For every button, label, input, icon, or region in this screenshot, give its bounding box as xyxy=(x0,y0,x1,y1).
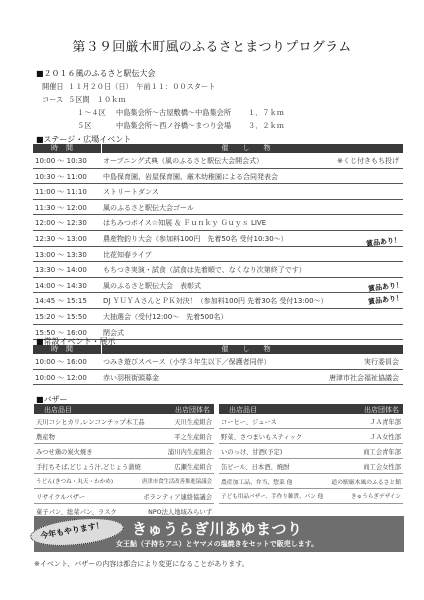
row-time: 12:30 ～ 13:00 xyxy=(35,234,87,244)
table-row: 子ども用品バザー、手作り雑貨、パン 他きゅうらぎデザイン xyxy=(219,489,403,504)
row-event: 赤い羽根街頭募金 xyxy=(103,373,159,383)
bazaar-item: みつせ鶏の炭火焼き xyxy=(36,447,93,456)
leg-route: 中島集会所～古屋敷橋～中島集会所 xyxy=(116,108,231,118)
table-row: 農産加工品、弁当、惣菜 他道の駅厳木風のふるさと館 xyxy=(219,474,403,489)
table-row: リサイクルバザーボランティア連絡協議会 xyxy=(34,489,214,504)
table-header: 出店品目 出店団体名 xyxy=(34,404,214,414)
col-time: 時間 xyxy=(33,345,99,354)
table-row: 10:30 ～ 11:00中島保育園、岩屋保育園、厳木幼稚園による合同発表会 xyxy=(33,169,403,185)
bazaar-item: 菓子パン、総菜パン、ラスク xyxy=(36,507,117,516)
row-note: ※くじ付きもち投げ xyxy=(337,156,399,166)
bazaar-item: リサイクルバザー xyxy=(36,492,85,501)
page-title: 第３９回厳木町風のふるさとまつりプログラム xyxy=(0,36,424,55)
table-row: 10:00 ～ 10:30オープニング式典（風のふるさと駅伝大会開会式）※くじ付… xyxy=(33,153,403,169)
row-time: 14:45 ～ 15:15 xyxy=(35,296,87,306)
bazaar-group: 広瀬生産組合 xyxy=(174,462,212,471)
program-page: 第３９回厳木町風のふるさとまつりプログラム ■２０１６風のふるさと駅伝大会 開催… xyxy=(0,0,424,600)
ekiden-course-label: コース xyxy=(42,95,63,105)
row-organizer: 唐津市社会福祉協議会 xyxy=(329,373,399,383)
row-time: 11:00 ～ 11:10 xyxy=(35,187,87,197)
bazaar-item: コーヒー、ジュース xyxy=(221,417,277,426)
table-row: 14:45 ～ 15:15DJ ＹＵＹＡさんとＰＫ対決！（参加料100円 先着3… xyxy=(33,293,403,309)
table-row: 野菜、さつまいもスティックＪＡ女性部 xyxy=(219,429,403,444)
table-row: 15:20 ～ 15:50大抽選会（受付12:00～ 先着500名） xyxy=(33,309,403,325)
row-time: 11:30 ～ 12:00 xyxy=(35,203,87,213)
table-row: いのっけ、甘酒(予定)商工会青年部 xyxy=(219,444,403,459)
banner-title: きゅうらぎ川あゆまつり xyxy=(132,518,303,539)
bazaar-group: ＪＡ女性部 xyxy=(370,432,401,441)
table-row: 農産物平之生産組合 xyxy=(34,429,214,444)
bazaar-table-left: 出店品目 出店団体名 天川コシヒカリ,レンコンチップ木工品天川生産組合 農産物平… xyxy=(34,404,214,519)
bazaar-item: 野菜、さつまいもスティック xyxy=(221,432,302,441)
table-row: 12:30 ～ 13:00農産物釣り大会（参加料100円 先着50名 受付10:… xyxy=(33,231,403,247)
header-divider xyxy=(101,345,102,354)
bazaar-item: 農産加工品、弁当、惣菜 他 xyxy=(221,477,292,486)
row-event: 比花知春ライブ xyxy=(103,250,152,260)
banner-subtitle: 女王鮎（子持ちアユ）とヤマメの塩焼きをセットで販売します。 xyxy=(116,539,318,549)
stage-table: 時間 催し物 10:00 ～ 10:30オープニング式典（風のふるさと駅伝大会開… xyxy=(33,144,403,340)
table-row: 11:00 ～ 11:10ストリートダンス xyxy=(33,184,403,200)
col-event: 催し物 xyxy=(103,144,403,153)
row-event: DJ ＹＵＹＡさんとＰＫ対決！（参加料100円 先着30名 受付13:00～） xyxy=(103,296,328,306)
table-row: コーヒー、ジュースＪＡ青年部 xyxy=(219,414,403,429)
row-event: 大抽選会（受付12:00～ 先着500名） xyxy=(103,312,228,322)
bazaar-item: うどん(きつね・丸天・わかめ) xyxy=(36,477,113,485)
table-row: 14:00 ～ 14:30風のふるさと駅伝大会 表彰式 xyxy=(33,278,403,294)
bazaar-group: 道の駅厳木風のふるさと館 xyxy=(331,477,401,486)
table-row: 11:30 ～ 12:00風のふるさと駅伝大会ゴール xyxy=(33,200,403,216)
table-header: 出店品目 出店団体名 xyxy=(219,404,403,414)
row-organizer: 実行委員会 xyxy=(364,357,399,367)
row-event: 農産物釣り大会（参加料100円 先着50名 受付10:30～） xyxy=(103,234,288,244)
table-row: 10:00 ～ 16:00つみき遊びスペース（小学３年生以下／保護者同伴）実行委… xyxy=(33,354,403,370)
bazaar-group: ＪＡ青年部 xyxy=(370,417,401,426)
bazaar-group: 平之生産組合 xyxy=(174,432,212,441)
col-event: 催し物 xyxy=(103,345,403,354)
row-time: 13:00 ～ 13:30 xyxy=(35,250,87,260)
bazaar-table-right: 出店品目 出店団体名 コーヒー、ジュースＪＡ青年部 野菜、さつまいもスティックＪ… xyxy=(219,404,403,519)
row-event: はちみつボイス☆知展 ＆ Ｆｕｎｋｙ Ｇｕｙｓ LIVE xyxy=(103,218,266,228)
row-time: 14:00 ～ 14:30 xyxy=(35,281,87,291)
row-time: 13:30 ～ 14:00 xyxy=(35,265,87,275)
table-row: 缶ビール、日本酒、焼酎商工会女性部 xyxy=(219,459,403,474)
leg-section: ５区 xyxy=(77,121,91,131)
leg-distance: ３．２ｋｍ xyxy=(248,121,284,131)
ekiden-course-value: ５区間 １０ｋｍ xyxy=(68,95,126,105)
bazaar-item: 子ども用品バザー、手作り雑貨、パン 他 xyxy=(221,492,323,500)
leg-section: １～４区 xyxy=(77,108,106,118)
row-event: 風のふるさと駅伝大会 表彰式 xyxy=(103,281,201,291)
table-row: 13:30 ～ 14:00もちつき実演・試食（試食は先着順で、なくなり次第終了で… xyxy=(33,262,403,278)
footnote: ※イベント、バザーの内容は都合により変更になることがあります。 xyxy=(34,559,249,569)
row-time: 10:00 ～ 12:00 xyxy=(35,373,87,383)
row-time: 10:00 ～ 16:00 xyxy=(35,357,87,367)
ekiden-date-label: 開催日 xyxy=(42,82,64,92)
header-divider xyxy=(101,144,102,153)
bazaar-item: 缶ビール、日本酒、焼酎 xyxy=(221,462,289,471)
ekiden-date-value: １１月２０日（日） 午前１１：００スタート xyxy=(68,82,215,92)
row-event: もちつき実演・試食（試食は先着順で、なくなり次第終了です） xyxy=(103,265,306,275)
table-row: 手打ちそば,どじょう汁,どじょう蒲焼広瀬生産組合 xyxy=(34,459,214,474)
bazaar-group: 商工会女性部 xyxy=(363,462,401,471)
row-event: ストリートダンス xyxy=(103,187,159,197)
row-time: 10:30 ～ 11:00 xyxy=(35,172,87,182)
row-event: つみき遊びスペース（小学３年生以下／保護者同伴） xyxy=(103,357,271,367)
bazaar-group: きゅうらぎデザイン xyxy=(351,492,401,500)
table-header: 時間 催し物 xyxy=(33,144,403,153)
col-time: 時間 xyxy=(33,144,99,153)
ekiden-heading: ■２０１６風のふるさと駅伝大会 xyxy=(36,68,156,79)
ayu-festival-banner: 今年もやります！ きゅうらぎ川あゆまつり 女王鮎（子持ちアユ）とヤマメの塩焼きを… xyxy=(34,516,404,552)
table-row: みつせ鶏の炭火焼き浦川内生産組合 xyxy=(34,444,214,459)
leg-distance: １．７ｋｍ xyxy=(248,108,284,118)
row-time: 12:00 ～ 12:30 xyxy=(35,218,87,228)
table-row: 天川コシヒカリ,レンコンチップ木工品天川生産組合 xyxy=(34,414,214,429)
bazaar-item: 農産物 xyxy=(36,432,55,441)
row-event: 風のふるさと駅伝大会ゴール xyxy=(103,203,194,213)
row-event: 中島保育園、岩屋保育園、厳木幼稚園による合同発表会 xyxy=(103,172,278,182)
bazaar-group: NPO法人地域みらいず xyxy=(148,507,212,516)
bazaar-item: 天川コシヒカリ,レンコンチップ木工品 xyxy=(36,417,145,426)
table-row: 13:00 ～ 13:30比花知春ライブ xyxy=(33,247,403,263)
bazaar-group: 浦川内生産組合 xyxy=(168,447,212,456)
row-event: オープニング式典（風のふるさと駅伝大会開会式） xyxy=(103,156,263,166)
table-row: 10:00 ～ 12:00赤い羽根街頭募金唐津市社会福祉協議会 xyxy=(33,370,403,386)
bazaar-group: ボランティア連絡協議会 xyxy=(143,492,212,501)
permanent-table: 時間 催し物 10:00 ～ 16:00つみき遊びスペース（小学３年生以下／保護… xyxy=(33,345,403,385)
leg-route: 中島集会所～西ノ谷橋～まつり会場 xyxy=(116,121,231,131)
bazaar-item: 手打ちそば,どじょう汁,どじょう蒲焼 xyxy=(36,462,141,471)
table-header: 時間 催し物 xyxy=(33,345,403,354)
row-time: 10:00 ～ 10:30 xyxy=(35,156,87,166)
bazaar-group: 唐津市食生活改善推進協議会 xyxy=(142,477,212,485)
bazaar-item: いのっけ、甘酒(予定) xyxy=(221,447,282,456)
table-row: うどん(きつね・丸天・わかめ)唐津市食生活改善推進協議会 xyxy=(34,474,214,489)
row-time: 15:20 ～ 15:50 xyxy=(35,312,87,322)
table-row: 12:00 ～ 12:30はちみつボイス☆知展 ＆ Ｆｕｎｋｙ Ｇｕｙｓ LIV… xyxy=(33,215,403,231)
bazaar-group: 商工会青年部 xyxy=(363,447,401,456)
bazaar-group: 天川生産組合 xyxy=(174,417,212,426)
